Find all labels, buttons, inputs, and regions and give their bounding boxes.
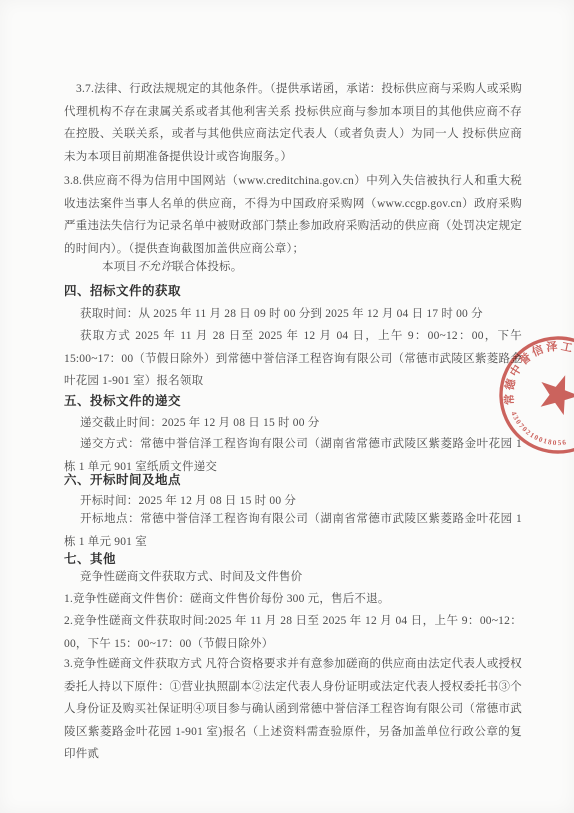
section-7-item-2: 2.竞争性磋商文件获取时间:2025 年 11 月 28 日至 2025 年 1…: [64, 610, 522, 655]
section-4-heading: 四、招标文件的获取: [64, 280, 522, 303]
seal-star-icon: [533, 368, 574, 417]
section-5-heading: 五、投标文件的递交: [64, 390, 522, 413]
section-7-item-1: 1.竞争性磋商文件售价：磋商文件售价每份 300 元，售后不退。: [64, 588, 522, 611]
paragraph-3-8: 3.8.供应商不得为信用中国网站（www.creditchina.gov.cn）…: [64, 170, 522, 260]
scanned-document-page: 3.7.法律、行政法规规定的其他条件。（提供承诺函，承诺：投标供应商与采购人或采…: [0, 0, 574, 813]
company-seal: 常德中誉信泽工程咨询有限公司 43070210018056: [488, 318, 574, 478]
section-6-heading: 六、开标时间及地点: [64, 469, 522, 492]
section-7-subtitle: 竞争性磋商文件获取方式、时间及文件售价: [64, 566, 522, 589]
section-5-deadline: 递交截止时间：2025 年 12 月 08 日 15 时 00 分: [64, 412, 522, 435]
no-joint-bid-prefix: 本项目: [102, 261, 137, 273]
section-6-open-place: 开标地点：常德中誉信泽工程咨询有限公司（湖南省常德市武陵区紫菱路金叶花园 1 栋…: [64, 508, 522, 553]
no-joint-bid-suffix: 联合体投标。: [172, 261, 242, 273]
no-joint-bid-note: 本项目不允许联合体投标。: [64, 256, 522, 279]
no-joint-bid-emphasis: 不允许: [137, 261, 172, 273]
section-4-obtain-time: 获取时间：从 2025 年 11 月 28 日 09 时 00 分到 2025 …: [64, 303, 522, 326]
paragraph-3-7: 3.7.法律、行政法规规定的其他条件。（提供承诺函，承诺：投标供应商与采购人或采…: [64, 78, 522, 168]
section-7-item-3: 3.竞争性磋商文件获取方式 凡符合资格要求并有意参加磋商的供应商由法定代表人或授…: [64, 653, 522, 766]
section-4-obtain-method: 获取方式 2025 年 11 月 28 日至 2025 年 12 月 04 日，…: [64, 325, 522, 393]
